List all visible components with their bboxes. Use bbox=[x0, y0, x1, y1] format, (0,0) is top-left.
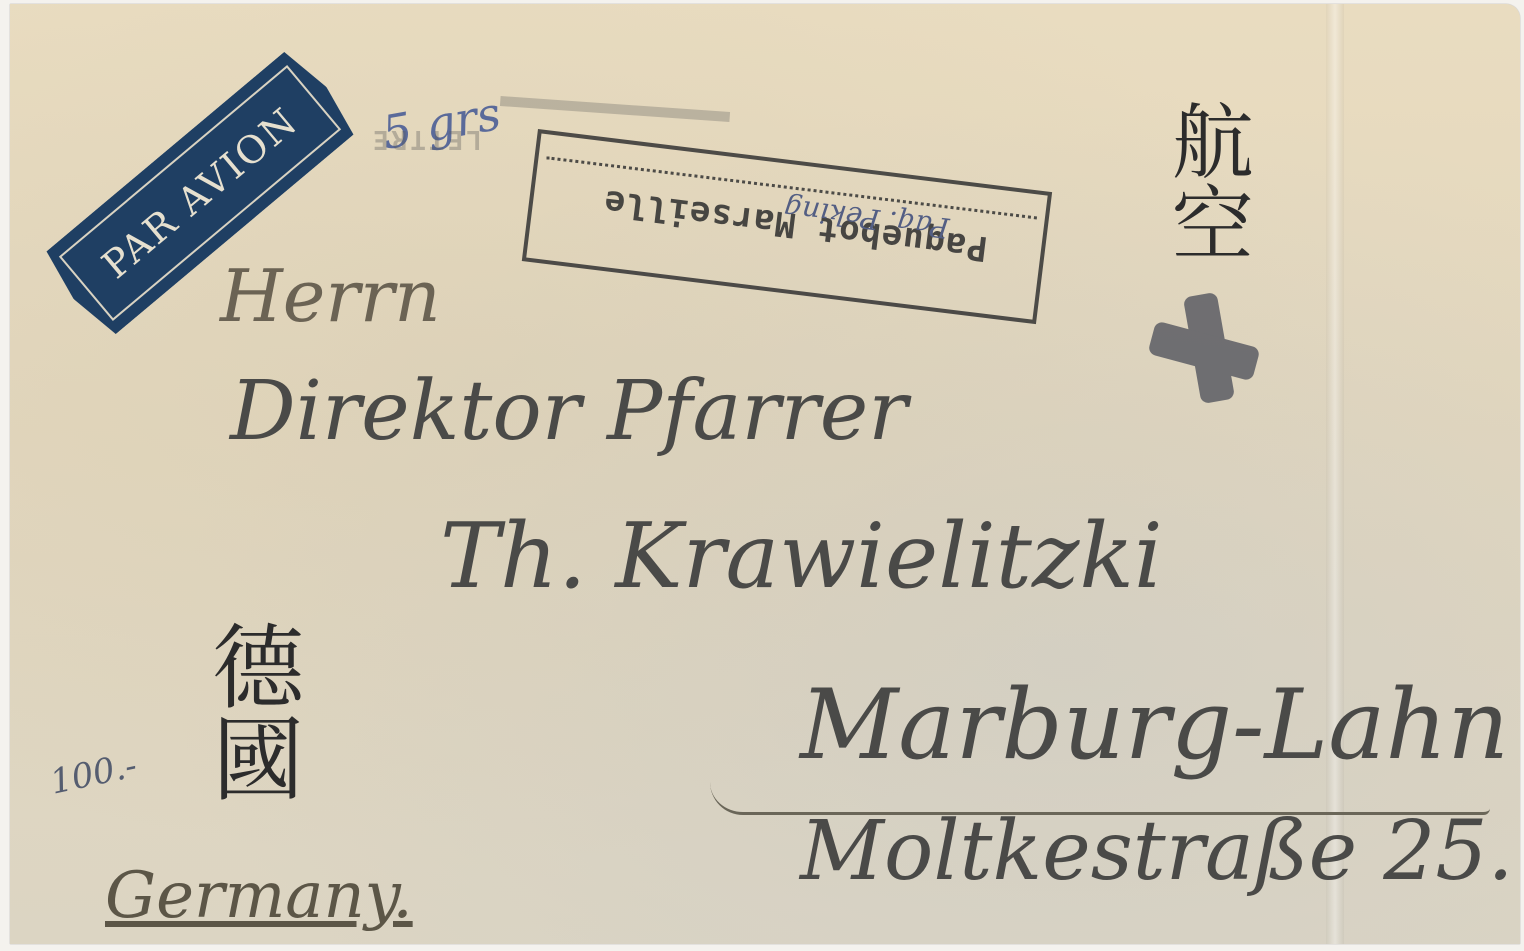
ghost-stamp: LETTRE bbox=[370, 124, 482, 154]
ghost-stamp-bar bbox=[500, 96, 730, 122]
chinese-airmail-text: 航空 bbox=[1160, 99, 1250, 263]
address-line-5: Moltkestraße 25. bbox=[800, 804, 1514, 899]
envelope: PAR AVION 5 grs LETTRE Paquebot Marseill… bbox=[10, 4, 1520, 944]
address-line-1: Herrn bbox=[220, 254, 441, 338]
paquebot-handstamp: Paquebot Marseille Paq. Peking bbox=[522, 129, 1052, 324]
country-english: Germany. bbox=[105, 859, 413, 933]
chinese-country-text: 德國 bbox=[200, 619, 301, 803]
price-note: 100.- bbox=[47, 745, 141, 802]
cross-mark-icon bbox=[1150, 294, 1260, 404]
address-line-4: Marburg-Lahn bbox=[800, 669, 1509, 781]
address-line-3: Th. Krawielitzki bbox=[440, 504, 1163, 609]
address-line-2: Direktor Pfarrer bbox=[230, 364, 908, 459]
